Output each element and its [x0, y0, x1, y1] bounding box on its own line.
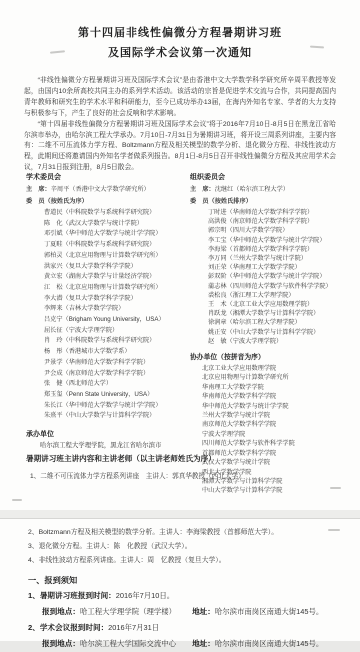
- co-organizer-unit: 四川师范大学数学与软件科学学院: [202, 439, 342, 448]
- committee-member: 杨 彤（香港城市大学数学系）: [44, 347, 184, 358]
- committee-member: 蒲志林（四川师范大学数学与软件科学学院）: [208, 282, 342, 291]
- committee-member: 高洪俊（南京师范大学数学科学学院）: [208, 217, 342, 226]
- committee-member: 郑玉玺（Penn State University，USA）: [44, 390, 184, 401]
- academic-committee-heading: 学术委员会: [26, 172, 184, 182]
- committee-member: 尹会成（南京师范大学数学科学学院）: [44, 369, 184, 380]
- co-organizer-unit: 北京工业大学应用数理学院: [202, 364, 342, 373]
- conference-registration-time: 2、学术会议报到时间：2016年7月31日: [28, 620, 346, 636]
- conference-registration-place: 报到地点：哈尔滨工程大学国际交流中心地址：哈尔滨市南岗区南通大街145号。: [28, 636, 346, 640]
- committee-member: 邓引斌（华中师范大学数学与统计学学院）: [44, 229, 184, 240]
- committee-member: 彭双阶（华中师范大学数学与统计学学院）: [208, 272, 342, 281]
- registration-place-value: 哈工程大学理学院（理学楼）: [80, 607, 176, 616]
- doc-title-line2: 及国际学术会议第一次通知: [0, 44, 360, 60]
- lectures-heading: 暑期讲习班主讲内容和主讲老师（以主讲老师姓氏为序）: [26, 453, 256, 464]
- host-unit-section: 承办单位 哈尔滨工程大学理学院，黑龙江省哈尔滨市: [26, 429, 196, 450]
- address-value: 哈尔滨市南岗区南通大街145号。: [215, 607, 323, 616]
- co-organizer-unit: 华南理工大学数学学院: [202, 383, 342, 392]
- academic-committee-chair: 主 席：辛周平（香港中文大学数学研究所）: [26, 185, 184, 194]
- chair-name: 沈继红（哈尔滨工程大学）: [215, 186, 289, 193]
- intro-paragraphs: “非线性偏微分方程暑期讲习班及国际学术会议”是由香港中文大学数学科学研究所辛周平…: [24, 76, 336, 174]
- doc-title-line1: 第十四届非线性偏微分方程暑期讲习班: [0, 24, 360, 40]
- committee-member: 尹景学（华南师范大学数学科学学院）: [44, 358, 184, 369]
- scan-smudge: [12, 499, 22, 501]
- academic-members-label: 委 员（按姓氏为序）: [26, 197, 184, 206]
- notice-page-2: 2、Boltzmann方程及相关模型的数学分析。主讲人：李海梁教授（首都师范大学…: [0, 518, 360, 640]
- committee-member: 李工宝（华中师范大学数学与统计学学院）: [208, 236, 342, 245]
- committee-member: 丁夏畦（中科院数学与系统科学研究院）: [44, 240, 184, 251]
- lecture-item: 4、非线性波动方程系列讲座。主讲人：周 忆教授（复旦大学）。: [28, 554, 346, 568]
- lecture-item: 2、Boltzmann方程及相关模型的数学分析。主讲人：李海梁教授（首都师范大学…: [28, 526, 346, 540]
- chair-label: 主 席：: [190, 186, 215, 193]
- committee-member: 李万同（兰州大学数学与统计学院）: [208, 254, 342, 263]
- registration-notice-heading: 一、报到须知: [28, 573, 346, 588]
- host-unit-heading: 承办单位: [26, 429, 196, 439]
- registration-place-label: 报到地点：: [42, 607, 80, 616]
- committee-member: 李辉来（吉林大学数学学院）: [44, 304, 184, 315]
- committee-member: 姚正安（中山大学数学与计算科学学院）: [208, 328, 342, 337]
- co-organizer-unit: 华中师范大学数学与统计学学院: [202, 402, 342, 411]
- registration-time-value: 2016年7月31日: [108, 623, 159, 632]
- chair-label: 主 席：: [26, 186, 51, 193]
- committee-member: 曹道民（中科院数学与系统科学研究院）: [44, 208, 184, 219]
- academic-members-list: 曹道民（中科院数学与系统科学研究院）陈 化（武汉大学数学与统计学院）邓引斌（华中…: [26, 208, 184, 422]
- organizing-committee-chair: 主 席：沈继红（哈尔滨工程大学）: [190, 185, 342, 194]
- organizing-committee-heading: 组织委员会: [190, 172, 342, 182]
- co-organizer-unit: 华南师范大学数学科学学院: [202, 392, 342, 401]
- address-label: 地址：: [192, 607, 215, 616]
- committee-member: 徐润章（哈尔滨工程大学理学院）: [208, 318, 342, 327]
- committee-member: 黄立宏（湖南大学数学与计量经济学院）: [44, 272, 184, 283]
- page2-content: 2、Boltzmann方程及相关模型的数学分析。主讲人：李海梁教授（首都师范大学…: [0, 519, 360, 640]
- committee-member: 赵 敏（宁波大学理学院）: [208, 337, 342, 346]
- committee-member: 肖跃龙（湘潭大学数学与计算科学学院）: [208, 309, 342, 318]
- organizing-members-list: 丁时进（华南师范大学数学科学学院）高洪俊（南京师范大学数学科学学院）郭宗明（四川…: [190, 208, 342, 346]
- organizing-members-label: 委 员（按姓氏排序）: [190, 197, 342, 206]
- committee-member: 丁时进（华南师范大学数学科学学院）: [208, 208, 342, 217]
- co-organizer-unit: 兰州大学数学与统计学院: [202, 411, 342, 420]
- committee-member: 郭宗明（四川大学数学学院）: [208, 226, 342, 235]
- committee-member: 屈长征（宁波大学理学院）: [44, 326, 184, 337]
- committee-member: 张 健（西北师范大学）: [44, 379, 184, 390]
- notice-page-1: 第十四届非线性偏微分方程暑期讲习班 及国际学术会议第一次通知 “非线性偏微分方程…: [0, 0, 360, 511]
- co-organizers-heading: 协办单位（按拼音为序）: [190, 351, 342, 361]
- organizing-committee-section: 组织委员会 主 席：沈继红（哈尔滨工程大学） 委 员（按姓氏排序） 丁时进（华南…: [190, 172, 342, 496]
- committee-member: 陈 化（武汉大学数学与统计学院）: [44, 219, 184, 230]
- registration-time-value: 2016年7月10日。: [116, 591, 174, 600]
- committee-member: 李大潜（复旦大学数学科学学院）: [44, 294, 184, 305]
- committee-member: 朱熹平（中山大学数学与计算科学学院）: [44, 411, 184, 422]
- host-unit-name: 哈尔滨工程大学理学院，黑龙江省哈尔滨市: [26, 441, 196, 450]
- committee-member: 刘正荣（华南理工大学数学学院）: [208, 263, 342, 272]
- academic-committee-section: 学术委员会 主 席：辛周平（香港中文大学数学研究所） 委 员（按姓氏为序） 曹道…: [26, 172, 184, 422]
- committee-member: 江 松（北京应用物理与计算数学研究所）: [44, 283, 184, 294]
- committee-member: 王 术（北京工业大学应用数理学院）: [208, 300, 342, 309]
- chair-name: 辛周平（香港中文大学数学研究所）: [51, 186, 150, 193]
- co-organizer-unit: 宁波大学理学院: [202, 430, 342, 439]
- committee-member: 朱长江（华中师范大学数学与统计学学院）: [44, 401, 184, 412]
- committee-member: 洪家兴（复旦大学数学科学学院）: [44, 262, 184, 273]
- committee-member: 郭柏灵（北京应用物理与计算数学研究所）: [44, 251, 184, 262]
- registration-time-label: 1、暑期讲习班报到时间：: [28, 591, 116, 600]
- page-gap: [0, 510, 360, 518]
- lecture-item: 3、退化微分方程。主讲人：陈 化教授（武汉大学）。: [28, 540, 346, 554]
- committee-member: 吕克宁（Brigham Young University，USA）: [44, 315, 184, 326]
- co-organizer-unit: 北京应用物理与计算数学研究所: [202, 373, 342, 382]
- committee-member: 李海梁（首都师范大学数学科学学院）: [208, 245, 342, 254]
- co-organizer-unit: 南京师范大学数学科学学院: [202, 420, 342, 429]
- workshop-registration-time: 1、暑期讲习班报到时间：2016年7月10日。: [28, 588, 346, 604]
- lecture-items-list: 2、Boltzmann方程及相关模型的数学分析。主讲人：李海梁教授（首都师范大学…: [28, 526, 346, 568]
- lecture-item-1: 1、二维不可压流体力学方程系列讲座 主讲人：郭真华教授（西北大学）: [30, 470, 330, 480]
- scan-smudge: [328, 529, 340, 531]
- workshop-registration-place: 报到地点：哈工程大学理学院（理学楼）地址：哈尔滨市南岗区南通大街145号。: [28, 604, 346, 620]
- registration-time-label: 2、学术会议报到时间：: [28, 623, 108, 632]
- intro-paragraph-1: “非线性偏微分方程暑期讲习班及国际学术会议”是由香港中文大学数学科学研究所辛周平…: [24, 76, 336, 120]
- co-organizer-unit: 中山大学数学与计算科学学院: [202, 486, 342, 495]
- intro-paragraph-2: “第十四届非线性偏微分方程暑期讲习班及国际学术会议”将于2016年7月10日-8…: [24, 120, 336, 175]
- committee-member: 裘松良（浙江理工大学理学院）: [208, 291, 342, 300]
- committee-member: 肖 玲（中科院数学与系统科学研究院）: [44, 336, 184, 347]
